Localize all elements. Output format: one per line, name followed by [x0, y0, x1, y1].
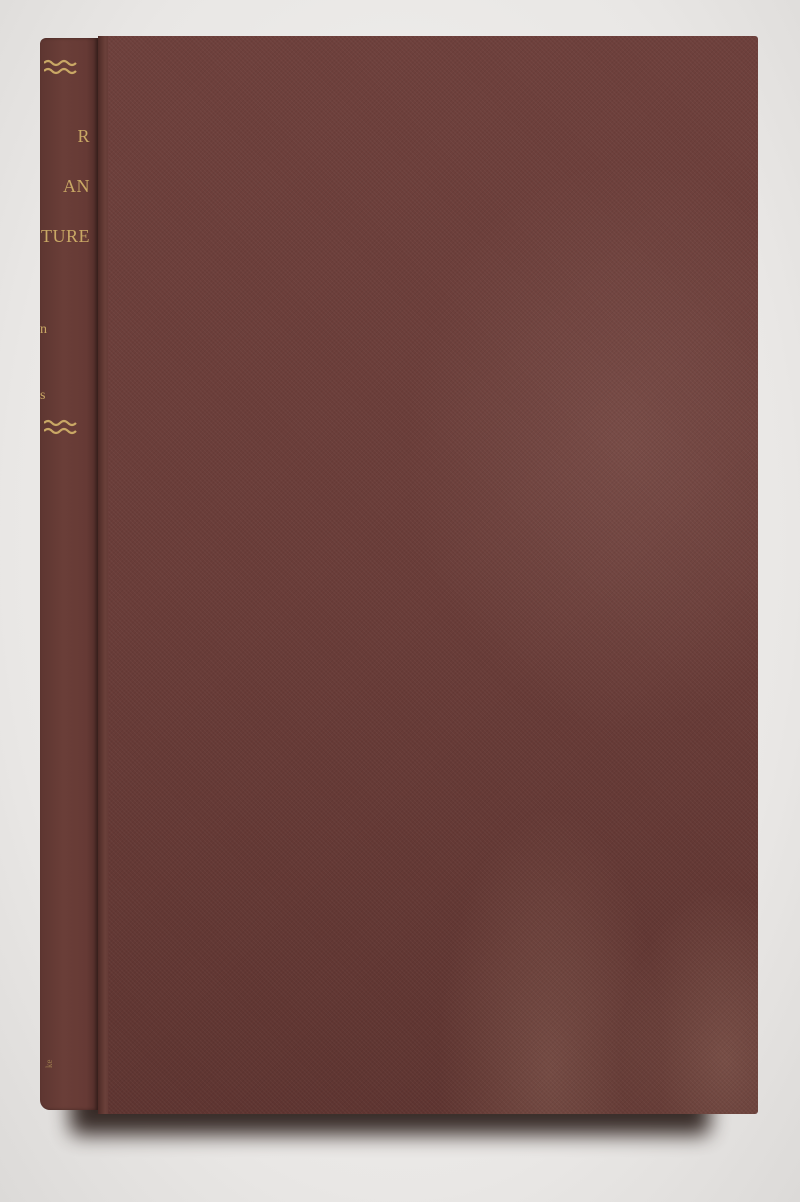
spine-author-mark: n — [40, 322, 54, 338]
book: R AN TURE n s ke — [40, 36, 758, 1114]
top-wave-ornament-icon — [44, 58, 78, 76]
book-front-cover — [108, 36, 758, 1114]
spine-title-line-3: TURE — [40, 226, 90, 247]
spine-foot-imprint: ke — [44, 1060, 54, 1069]
book-spine: R AN TURE n s ke — [40, 38, 98, 1110]
spine-title-line-2: AN — [40, 176, 90, 197]
spine-title-line-1: R — [40, 126, 90, 147]
bottom-wave-ornament-icon — [44, 418, 78, 436]
spine-publisher-mark: s — [40, 388, 54, 404]
